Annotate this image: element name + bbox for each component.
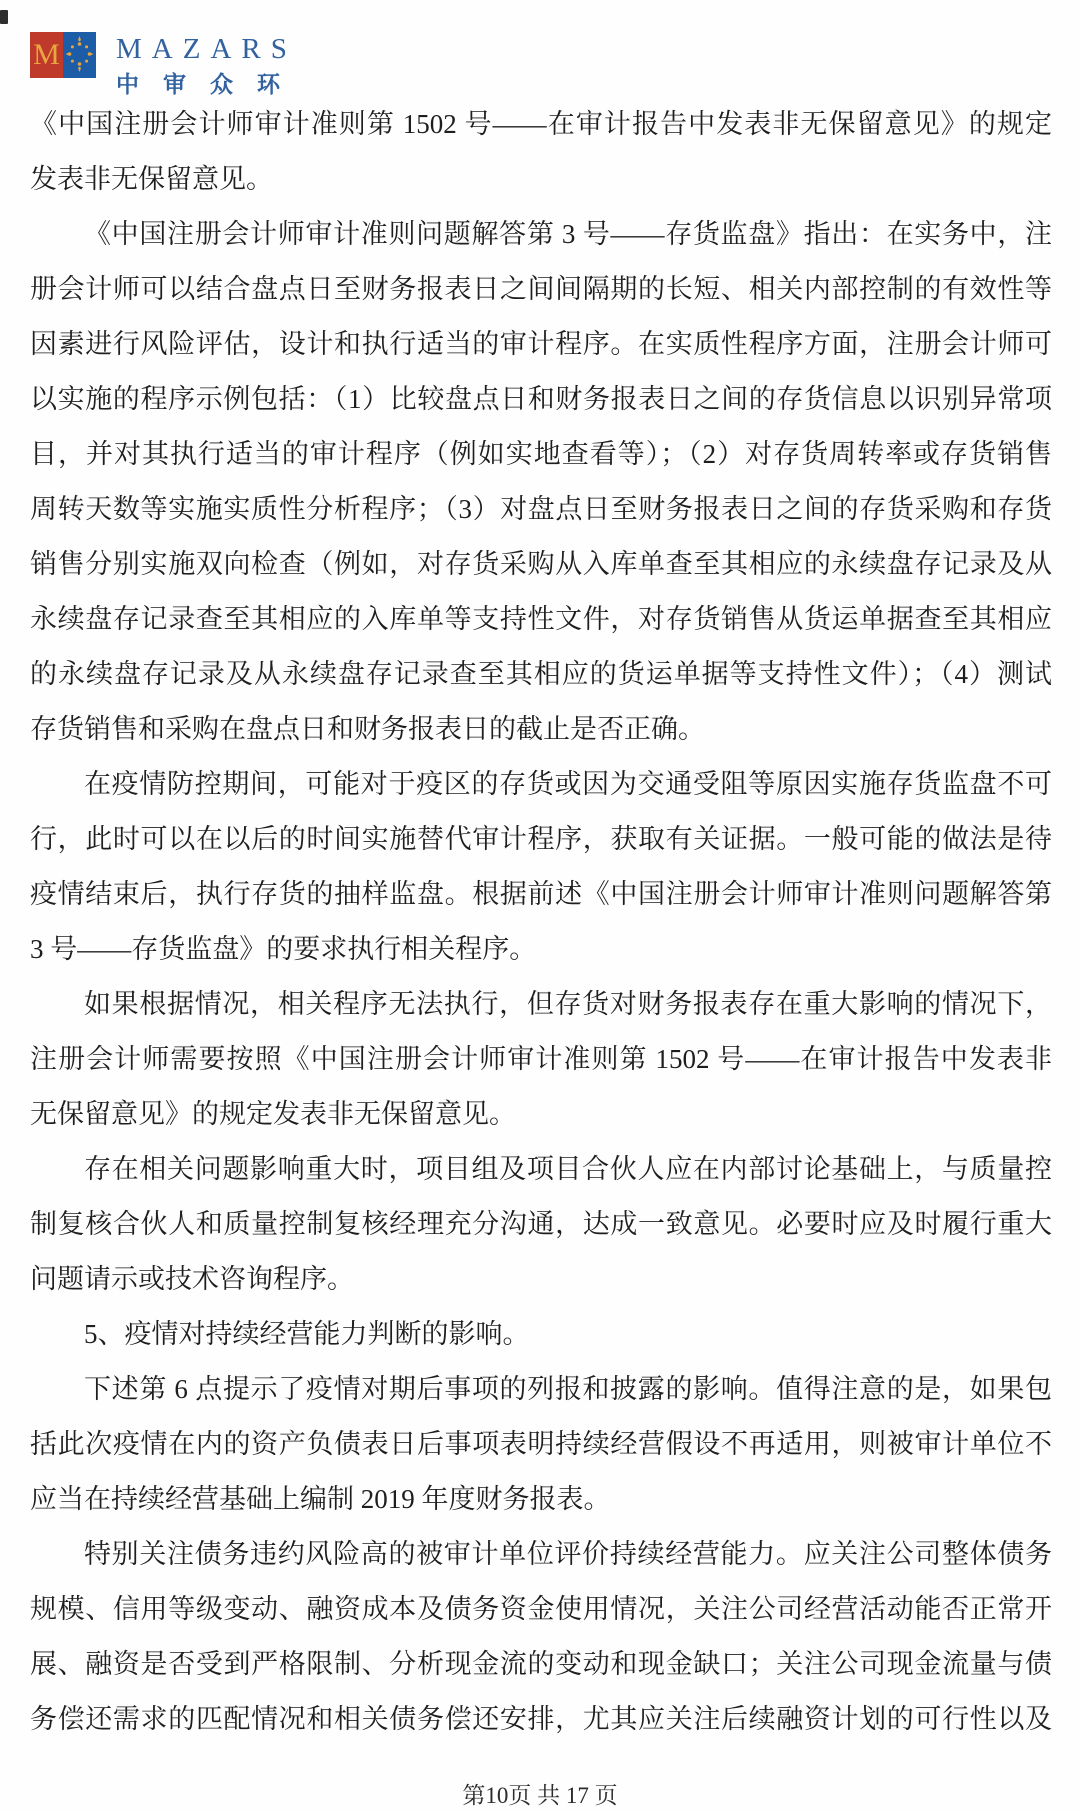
text-line: 发表非无保留意见。	[30, 152, 1052, 207]
paragraph: 如果根据情况，相关程序无法执行，但存货对财务报表存在重大影响的情况下， 注册会计…	[30, 977, 1052, 1142]
compass-star-icon	[63, 32, 96, 78]
text-line: 特别关注债务违约风险高的被审计单位评价持续经营能力。应关注公司整体债务	[30, 1527, 1052, 1582]
text-line: 3 号——存货监盘》的要求执行相关程序。	[30, 922, 1052, 977]
text-line: 疫情结束后，执行存货的抽样监盘。根据前述《中国注册会计师审计准则问题解答第	[30, 867, 1052, 922]
text-line: 下述第 6 点提示了疫情对期后事项的列报和披露的影响。值得注意的是，如果包	[30, 1362, 1052, 1417]
text-line: 存货销售和采购在盘点日和财务报表日的截止是否正确。	[30, 702, 1052, 757]
scan-artifact	[0, 10, 8, 24]
document-body: 《中国注册会计师审计准则第 1502 号——在审计报告中发表非无保留意见》的规定…	[30, 97, 1052, 1747]
page-footer: 第10页 共 17 页	[0, 1777, 1080, 1810]
text-line: 册会计师可以结合盘点日至财务报表日之间间隔期的长短、相关内部控制的有效性等	[30, 262, 1052, 317]
text-line: 展、融资是否受到严格限制、分析现金流的变动和现金缺口；关注公司现金流量与债	[30, 1637, 1052, 1692]
text-line: 行，此时可以在以后的时间实施替代审计程序，获取有关证据。一般可能的做法是待	[30, 812, 1052, 867]
paragraph: 5、疫情对持续经营能力判断的影响。	[30, 1307, 1052, 1362]
logo-wordmark: MAZARS 中审众环	[116, 30, 304, 96]
paragraph: 下述第 6 点提示了疫情对期后事项的列报和披露的影响。值得注意的是，如果包 括此…	[30, 1362, 1052, 1527]
text-line: 在疫情防控期间，可能对于疫区的存货或因为交通受阻等原因实施存货监盘不可	[30, 757, 1052, 812]
text-line: 制复核合伙人和质量控制复核经理充分沟通，达成一致意见。必要时应及时履行重大	[30, 1197, 1052, 1252]
paragraph: 在疫情防控期间，可能对于疫区的存货或因为交通受阻等原因实施存货监盘不可 行，此时…	[30, 757, 1052, 977]
text-line: 5、疫情对持续经营能力判断的影响。	[30, 1307, 1052, 1362]
paragraph: 存在相关问题影响重大时，项目组及项目合伙人应在内部讨论基础上，与质量控 制复核合…	[30, 1142, 1052, 1307]
text-line: 无保留意见》的规定发表非无保留意见。	[30, 1087, 1052, 1142]
paragraph: 《中国注册会计师审计准则问题解答第 3 号——存货监盘》指出：在实务中，注 册会…	[30, 207, 1052, 757]
logo-m-letter: M	[33, 40, 60, 70]
document-page: M	[0, 0, 1080, 1810]
brand-name-latin: MAZARS	[116, 35, 304, 64]
text-line: 存在相关问题影响重大时，项目组及项目合伙人应在内部讨论基础上，与质量控	[30, 1142, 1052, 1197]
text-line: 《中国注册会计师审计准则第 1502 号——在审计报告中发表非无保留意见》的规定	[30, 97, 1052, 152]
text-line: 如果根据情况，相关程序无法执行，但存货对财务报表存在重大影响的情况下，	[30, 977, 1052, 1032]
logo-m-square: M	[30, 32, 63, 78]
text-line: 应当在持续经营基础上编制 2019 年度财务报表。	[30, 1472, 1052, 1527]
text-line: 问题请示或技术咨询程序。	[30, 1252, 1052, 1307]
text-line: 周转天数等实施实质性分析程序；（3）对盘点日至财务报表日之间的存货采购和存货	[30, 482, 1052, 537]
mazars-logo: M	[30, 30, 304, 96]
text-line: 务偿还需求的匹配情况和相关债务偿还安排，尤其应关注后续融资计划的可行性以及	[30, 1692, 1052, 1747]
text-line: 《中国注册会计师审计准则问题解答第 3 号——存货监盘》指出：在实务中，注	[30, 207, 1052, 262]
text-line: 括此次疫情在内的资产负债表日后事项表明持续经营假设不再适用，则被审计单位不	[30, 1417, 1052, 1472]
logo-star-square	[63, 32, 96, 78]
text-line: 因素进行风险评估，设计和执行适当的审计程序。在实质性程序方面，注册会计师可	[30, 317, 1052, 372]
text-line: 永续盘存记录查至其相应的入库单等支持性文件，对存货销售从货运单据查至其相应	[30, 592, 1052, 647]
text-line: 规模、信用等级变动、融资成本及债务资金使用情况，关注公司经营活动能否正常开	[30, 1582, 1052, 1637]
paragraph: 《中国注册会计师审计准则第 1502 号——在审计报告中发表非无保留意见》的规定…	[30, 97, 1052, 207]
mazars-logo-mark: M	[30, 32, 96, 78]
text-line: 注册会计师需要按照《中国注册会计师审计准则第 1502 号——在审计报告中发表非	[30, 1032, 1052, 1087]
text-line: 的永续盘存记录及从永续盘存记录查至其相应的货运单据等支持性文件）；（4）测试	[30, 647, 1052, 702]
paragraph: 特别关注债务违约风险高的被审计单位评价持续经营能力。应关注公司整体债务 规模、信…	[30, 1527, 1052, 1747]
text-line: 以实施的程序示例包括：（1）比较盘点日和财务报表日之间的存货信息以识别异常项	[30, 372, 1052, 427]
text-line: 销售分别实施双向检查（例如，对存货采购从入库单查至其相应的永续盘存记录及从	[30, 537, 1052, 592]
page-number: 第10页 共 17 页	[462, 1783, 617, 1808]
text-line: 目，并对其执行适当的审计程序（例如实地查看等）；（2）对存货周转率或存货销售	[30, 427, 1052, 482]
brand-name-chinese: 中审众环	[116, 73, 304, 96]
